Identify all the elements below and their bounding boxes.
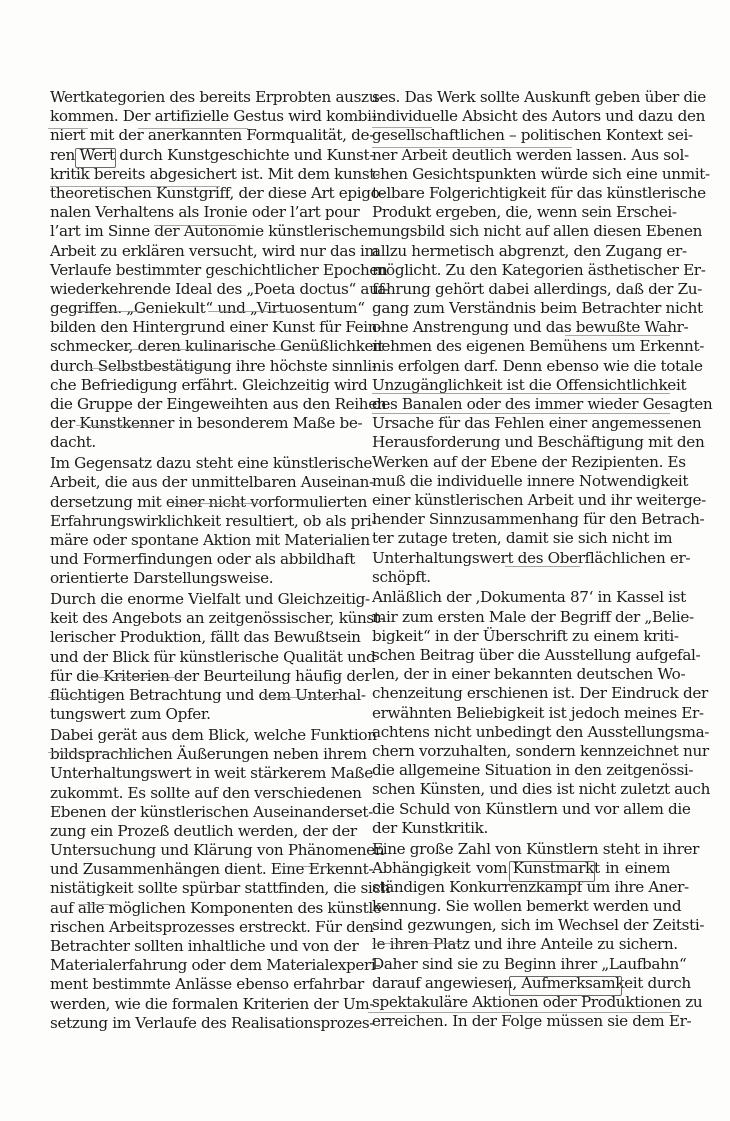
pencil-underline	[368, 1012, 672, 1013]
text-line: die Gruppe der Eingeweihten aus den Reih…	[50, 395, 344, 414]
text-line: spektakuläre Aktionen oder Produktionen …	[372, 993, 670, 1012]
text-line: Betrachter sollten inhaltliche und von d…	[50, 937, 344, 956]
text-line: niert mit der anerkannten Formqualität, …	[50, 126, 344, 145]
text-line: bildsprachlichen Äußerungen neben ihrem	[50, 745, 344, 764]
paragraph: Dabei gerät aus dem Blick, welche Funkti…	[50, 726, 344, 1033]
pencil-underline	[48, 128, 88, 129]
text-line: märe oder spontane Aktion mit Materialie…	[50, 531, 344, 550]
pencil-underline	[372, 943, 462, 944]
pencil-underline	[172, 503, 262, 504]
text-line: und Formerfindungen oder als abbildhaft	[50, 550, 344, 569]
pencil-underline	[505, 566, 580, 567]
pencil-underline	[372, 127, 432, 128]
text-line: setzung im Verlaufe des Realisationsproz…	[50, 1014, 344, 1033]
paragraph: Anläßlich der ‚Dokumenta 87‘ in Kassel i…	[372, 588, 670, 837]
pencil-underline	[138, 128, 248, 129]
text-line: gegriffen. „Geniekult“ und „Virtuosentum…	[50, 299, 344, 318]
text-line: dacht.	[50, 433, 344, 452]
text-line: Erfahrungswirklichkeit resultiert, ob al…	[50, 512, 344, 531]
text-line: che Befriedigung erfährt. Gleichzeitig w…	[50, 376, 344, 395]
text-line: und Zusammenhängen dient. Eine Erkennt-	[50, 860, 344, 879]
text-line: sind gezwungen, sich im Wechsel der Zeit…	[372, 916, 670, 935]
text-line: auf alle möglichen Komponenten des künst…	[50, 899, 344, 918]
text-line: rischen Arbeitsprozesses erstreckt. Für …	[50, 918, 344, 937]
text-line: kritik bereits abgesichert ist. Mit dem …	[50, 165, 344, 184]
text-line: darauf angewiesen, Aufmerksamkeit durch	[372, 974, 670, 993]
text-line: allzu hermetisch abgrenzt, den Zugang er…	[372, 242, 670, 261]
text-line: chenzeitung erschienen ist. Der Eindruck…	[372, 684, 670, 703]
text-line: die Schuld von Künstlern und vor allem d…	[372, 800, 670, 819]
text-line: achtens nicht unbedingt den Ausstellungs…	[372, 723, 670, 742]
text-line: erwähnten Beliebigkeit ist jedoch meines…	[372, 704, 670, 723]
text-line: wiederkehrende Ideal des „Poeta doctus“ …	[50, 280, 344, 299]
text-line: tungswert zum Opfer.	[50, 705, 344, 724]
text-line: der Kunstkenner in besonderem Maße be-	[50, 414, 344, 433]
pencil-underline	[372, 393, 670, 394]
text-line: Ebenen der künstlerischen Auseinanderset…	[50, 803, 344, 822]
pencil-underline	[90, 368, 210, 369]
paragraph: Eine große Zahl von Künstlern steht in i…	[372, 840, 670, 1032]
text-line: Dabei gerät aus dem Blick, welche Funkti…	[50, 726, 344, 745]
text-line: Im Gegensatz dazu steht eine künstlerisc…	[50, 454, 344, 473]
text-line: zung ein Prozeß deutlich werden, der der	[50, 822, 344, 841]
text-line: des Banalen oder des immer wieder Gesagt…	[372, 395, 670, 414]
text-line: ses. Das Werk sollte Auskunft geben über…	[372, 88, 670, 107]
pencil-underline	[48, 752, 148, 753]
text-line: Produkt ergeben, die, wenn sein Erschei-	[372, 203, 670, 222]
text-line: nis erfolgen darf. Denn ebenso wie die t…	[372, 357, 670, 376]
paragraph: ses. Das Werk sollte Auskunft geben über…	[372, 88, 670, 587]
text-line: ner Arbeit deutlich werden lassen. Aus s…	[372, 146, 670, 165]
text-line: hender Sinnzusammenhang für den Betrach-	[372, 510, 670, 529]
pencil-underline	[565, 335, 670, 336]
paragraph: Im Gegensatz dazu steht eine künstlerisc…	[50, 454, 344, 588]
pencil-underline	[88, 677, 188, 678]
pencil-underline	[48, 697, 118, 698]
text-line: schen Beitrag über die Ausstellung aufge…	[372, 646, 670, 665]
text-line: individuelle Absicht des Autors und dazu…	[372, 107, 670, 126]
text-line: muß die individuelle innere Notwendigkei…	[372, 472, 670, 491]
text-line: ment bestimmte Anlässe ebenso erfahrbar	[50, 975, 344, 994]
text-line: Werken auf der Ebene der Rezipienten. Es	[372, 453, 670, 472]
text-line: nehmen des eigenen Bemühens um Erkennt-	[372, 337, 670, 356]
text-line: Verlaufe bestimmter geschichtlicher Epoc…	[50, 261, 344, 280]
text-line: Herausforderung und Beschäftigung mit de…	[372, 433, 670, 452]
text-line: Untersuchung und Klärung von Phänomenen	[50, 841, 344, 860]
pencil-underline	[154, 225, 236, 226]
text-line: die allgemeine Situation in den zeitgenö…	[372, 761, 670, 780]
text-line: Arbeit, die aus der unmittelbaren Ausein…	[50, 473, 344, 492]
text-line: Durch die enorme Vielfalt und Gleichzeit…	[50, 590, 344, 609]
text-line: le ihren Platz und ihre Anteile zu siche…	[372, 935, 670, 954]
text-line: bigkeit“ in der Überschrift zu einem kri…	[372, 627, 670, 646]
text-line: orientierte Darstellungsweise.	[50, 569, 344, 588]
text-line: Anläßlich der ‚Dokumenta 87‘ in Kassel i…	[372, 588, 670, 607]
pencil-underline	[372, 147, 572, 148]
text-line: schmecker, deren kulinarische Genüßlichk…	[50, 337, 344, 356]
text-line: gesellschaftlichen – politischen Kontext…	[372, 126, 670, 145]
text-line: und der Blick für künstlerische Qualität…	[50, 648, 344, 667]
text-line: Arbeit zu erklären versucht, wird nur da…	[50, 242, 344, 261]
right-text-column: ses. Das Werk sollte Auskunft geben über…	[372, 88, 670, 1033]
text-line: nalen Verhaltens als Ironie oder l’art p…	[50, 203, 344, 222]
text-line: keit des Angebots an zeitgenössischer, k…	[50, 609, 344, 628]
text-line: kommen. Der artifizielle Gestus wird kom…	[50, 107, 344, 126]
text-line: Materialerfahrung oder dem Materialexper…	[50, 956, 344, 975]
text-line: ren Wert durch Kunstgeschichte und Kunst…	[50, 146, 344, 165]
text-line: telbare Folgerichtigkeit für das künstle…	[372, 184, 670, 203]
pencil-underline	[50, 186, 220, 187]
text-line: ter zutage treten, damit sie sich nicht …	[372, 529, 670, 548]
text-line: kennung. Sie wollen bemerkt werden und	[372, 897, 670, 916]
pencil-underline	[78, 904, 118, 905]
text-line: werden, wie die formalen Kriterien der U…	[50, 995, 344, 1014]
text-line: der Kunstkritik.	[372, 819, 670, 838]
paragraph: Wertkategorien des bereits Erprobten aus…	[50, 88, 344, 453]
pencil-underline	[208, 311, 304, 312]
pencil-underline	[280, 866, 344, 867]
text-line: ständigen Konkurrenzkampf um ihre Aner-	[372, 878, 670, 897]
text-line: nistätigkeit sollte spürbar stattfinden,…	[50, 879, 344, 898]
scanned-page: Wertkategorien des bereits Erprobten aus…	[0, 0, 730, 1121]
text-line: flüchtigen Betrachtung und dem Unterhal-	[50, 686, 344, 705]
pencil-underline	[262, 697, 342, 698]
left-text-column: Wertkategorien des bereits Erprobten aus…	[50, 88, 344, 1035]
text-line: lerischer Produktion, fällt das Bewußtse…	[50, 628, 344, 647]
text-line: chen Gesichtspunkten würde sich eine unm…	[372, 165, 670, 184]
text-line: zukommt. Es sollte auf den verschiedenen	[50, 784, 344, 803]
text-line: Unterhaltungswert in weit stärkerem Maße	[50, 764, 344, 783]
pencil-underline	[76, 311, 144, 312]
text-line: schen Künsten, und dies ist nicht zuletz…	[372, 780, 670, 799]
text-line: durch Selbstbestätigung ihre höchste sin…	[50, 357, 344, 376]
paragraph: Durch die enorme Vielfalt und Gleichzeit…	[50, 590, 344, 724]
text-line: fahrung gehört dabei allerdings, daß der…	[372, 280, 670, 299]
text-line: bilden den Hintergrund einer Kunst für F…	[50, 318, 344, 337]
text-line: erreichen. In der Folge müssen sie dem E…	[372, 1012, 670, 1031]
text-line: Abhängigkeit vom Kunstmarkt in einem	[372, 859, 670, 878]
text-line: len, der in einer bekannten deutschen Wo…	[372, 665, 670, 684]
text-line: nungsbild sich nicht auf allen diesen Eb…	[372, 222, 670, 241]
text-line: Daher sind sie zu Beginn ihrer „Laufbahn…	[372, 955, 670, 974]
text-line: möglicht. Zu den Kategorien ästhetischer…	[372, 261, 670, 280]
text-line: schöpft.	[372, 568, 670, 587]
pencil-underline	[76, 425, 156, 426]
pencil-underline	[372, 413, 670, 414]
text-line: mir zum ersten Male der Begriff der „Bel…	[372, 608, 670, 627]
text-line: einer künstlerischen Arbeit und ihr weit…	[372, 491, 670, 510]
text-line: Ursache für das Fehlen einer angemessene…	[372, 414, 670, 433]
text-line: Unterhaltungswert des Oberflächlichen er…	[372, 549, 670, 568]
text-line: chern vorzuhalten, sondern kennzeichnet …	[372, 742, 670, 761]
pencil-underline	[118, 349, 328, 350]
text-line: Eine große Zahl von Künstlern steht in i…	[372, 840, 670, 859]
text-line: Wertkategorien des bereits Erprobten aus…	[50, 88, 344, 107]
text-line: gang zum Verständnis beim Betrachter nic…	[372, 299, 670, 318]
